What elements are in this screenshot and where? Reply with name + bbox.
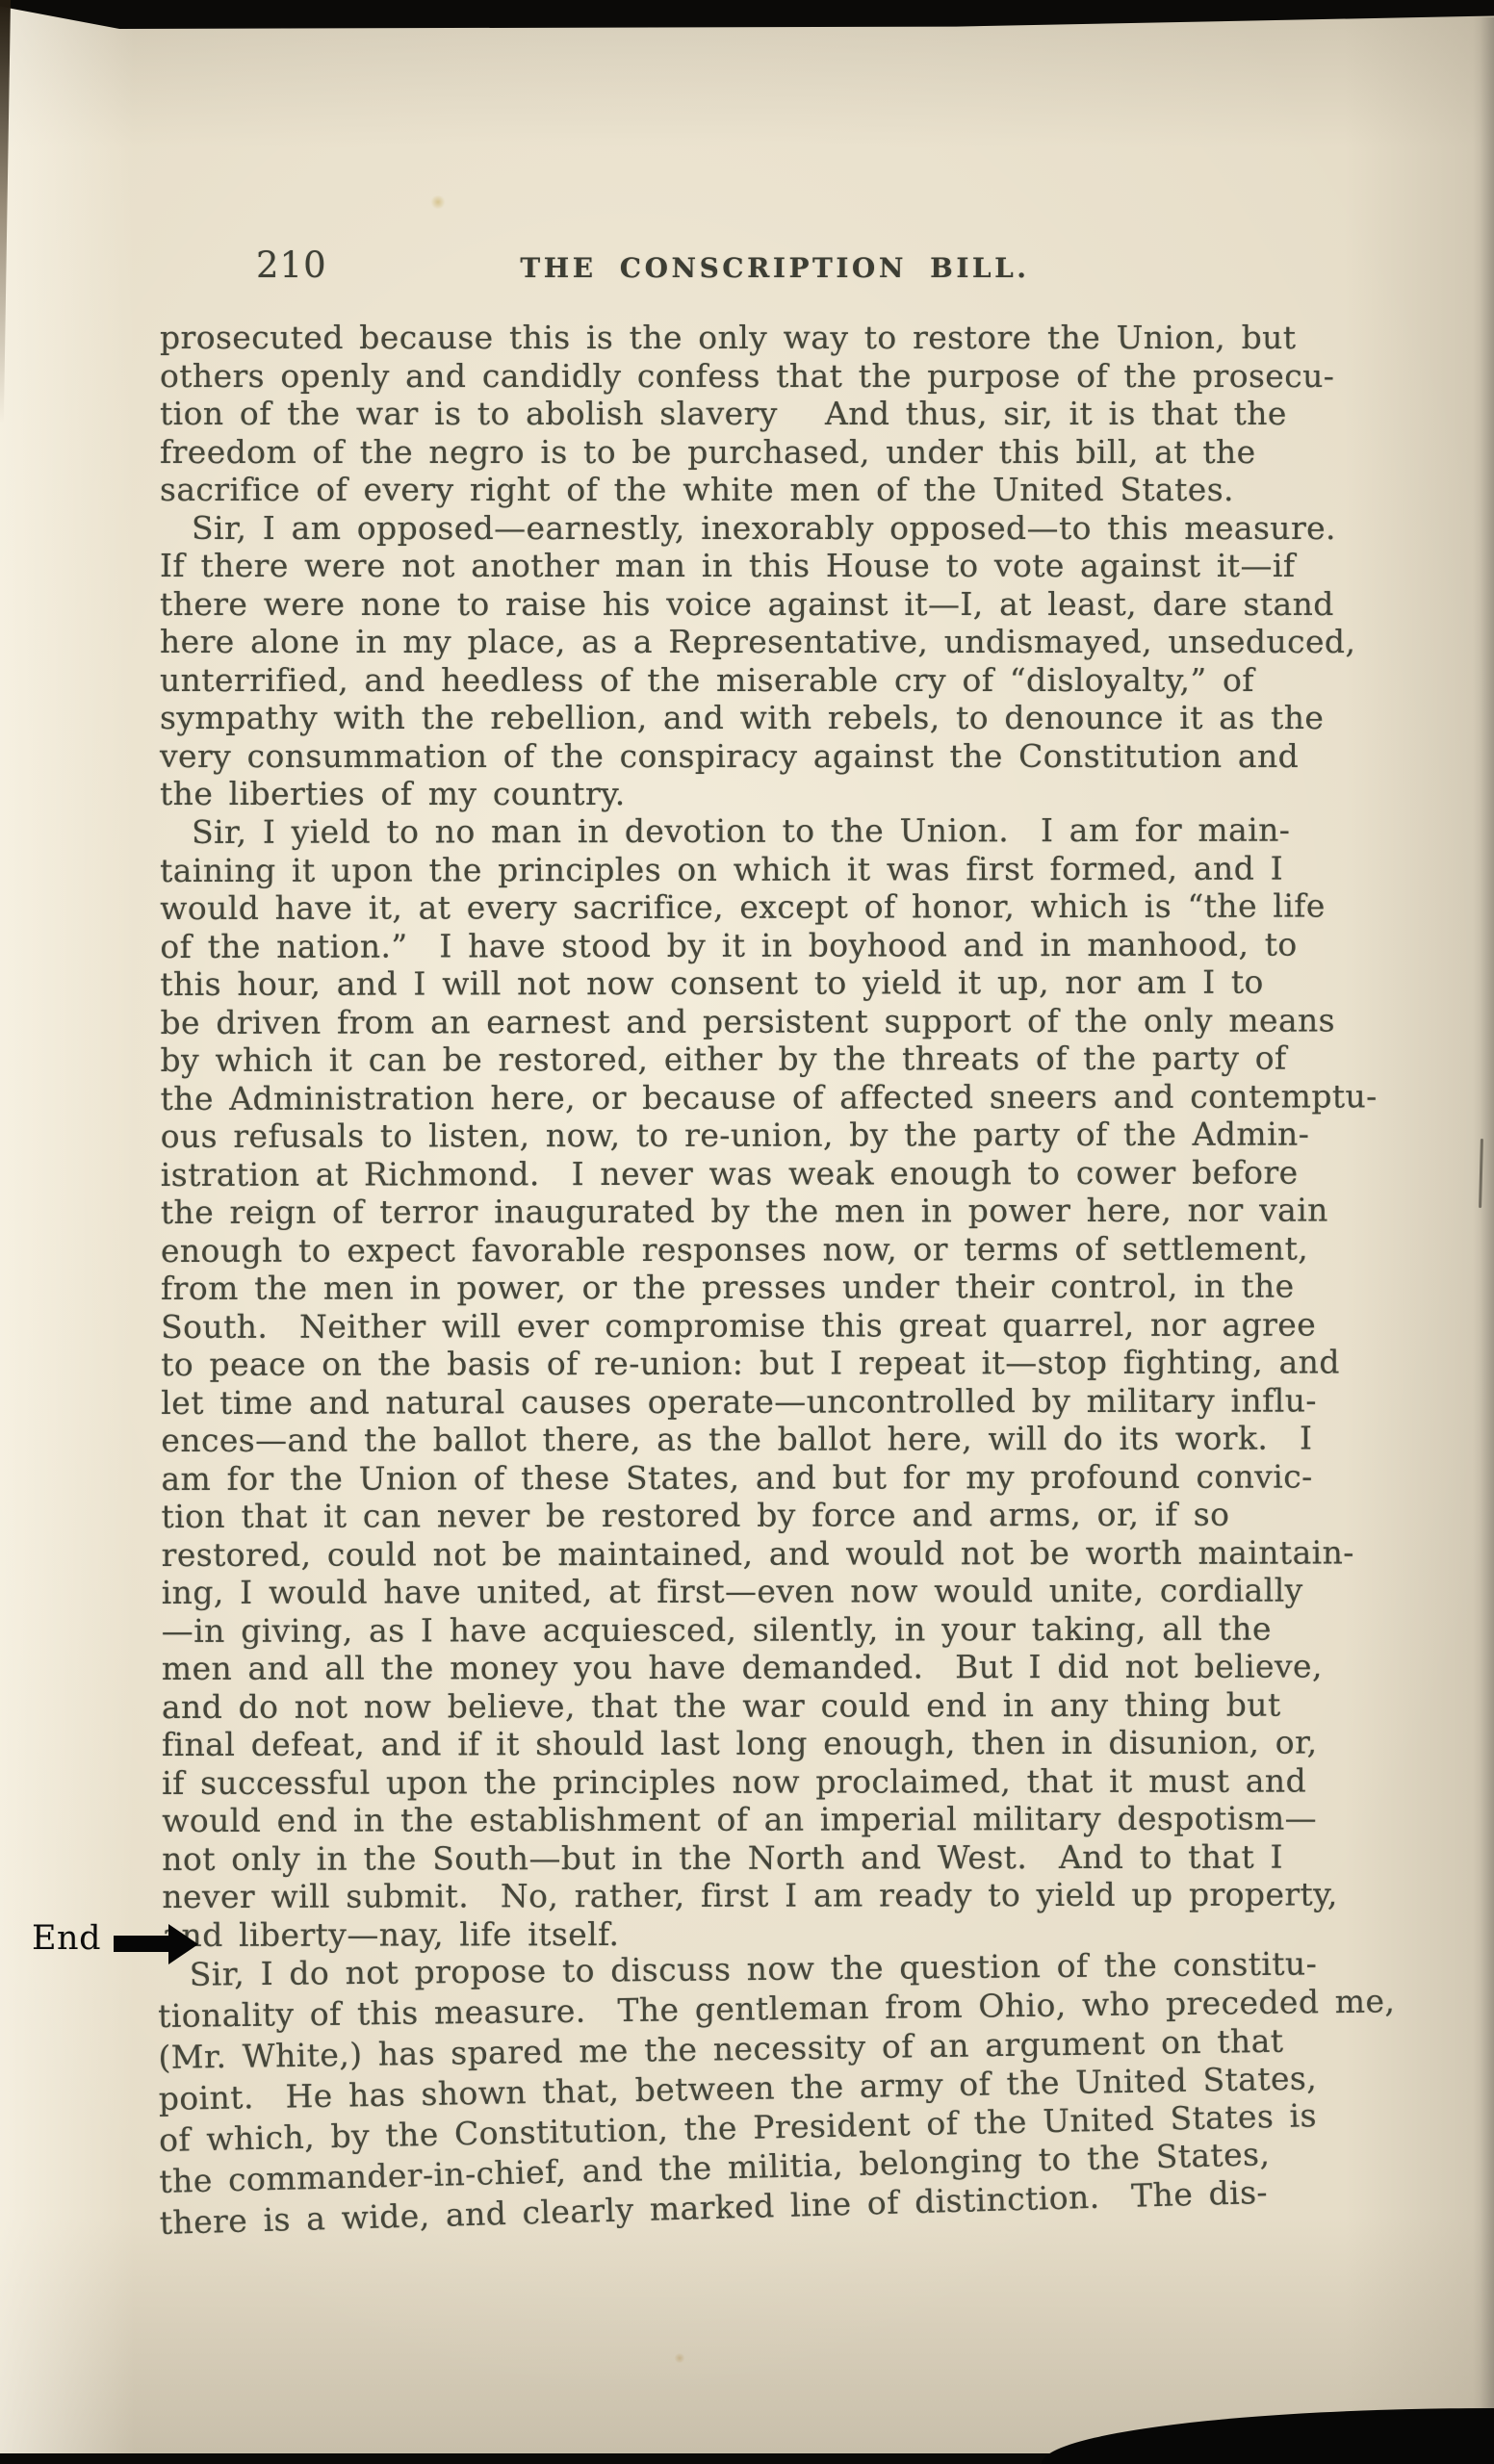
text-line: ous refusals to listen, now, to re-union… bbox=[161, 1115, 1403, 1155]
arrow-head bbox=[168, 1924, 198, 1964]
text-line: by which it can be restored, either by t… bbox=[160, 1039, 1402, 1079]
end-marker: End bbox=[0, 1915, 212, 1973]
text-line: istration at Richmond. I never was weak … bbox=[161, 1152, 1403, 1193]
text-line: of the nation.” I have stood by it in bo… bbox=[160, 924, 1402, 964]
text-line: ing, I would have united, at first—even … bbox=[162, 1571, 1404, 1611]
text-line: enough to expect favorable responses now… bbox=[161, 1228, 1403, 1269]
text-line: from the men in power, or the presses un… bbox=[161, 1267, 1403, 1307]
text-line: if successful upon the principles now pr… bbox=[162, 1760, 1404, 1801]
text-line: sympathy with the rebellion, and with re… bbox=[160, 699, 1402, 737]
text-line: restored, could not be maintained, and w… bbox=[162, 1532, 1404, 1573]
text-line: here alone in my place, as a Representat… bbox=[160, 623, 1402, 661]
paragraph-3: Sir, I yield to no man in devotion to th… bbox=[160, 810, 1404, 1954]
text-line: let time and natural causes operate—unco… bbox=[161, 1380, 1403, 1421]
text-line: ences—and the ballot there, as the ballo… bbox=[161, 1419, 1403, 1459]
text-line: would end in the establishment of an imp… bbox=[162, 1799, 1404, 1839]
text-line: there were none to raise his voice again… bbox=[160, 585, 1402, 624]
paragraph-4: Sir, I do not propose to discuss now the… bbox=[158, 1943, 1402, 2243]
paper-stain bbox=[674, 2353, 685, 2363]
running-title: THE CONSCRIPTION BILL. bbox=[164, 252, 1386, 284]
text-line: If there were not another man in this Ho… bbox=[160, 547, 1402, 585]
scan-left-edge bbox=[0, 0, 11, 423]
text-line: not only in the South—but in the North a… bbox=[162, 1836, 1404, 1877]
text-line: never will submit. No, rather, first I a… bbox=[162, 1875, 1404, 1915]
body-text: prosecuted because this is the only way … bbox=[160, 319, 1402, 2244]
text-line: Sir, I am opposed—earnestly, inexorably … bbox=[160, 509, 1402, 548]
text-line: very consummation of the conspiracy agai… bbox=[160, 737, 1402, 776]
text-line: freedom of the negro is to be purchased,… bbox=[160, 433, 1402, 472]
scanned-book-page: 210 THE CONSCRIPTION BILL. prosecuted be… bbox=[0, 0, 1494, 2464]
text-line: taining it upon the principles on which … bbox=[160, 848, 1402, 888]
scan-bottom-right-corner bbox=[1042, 2408, 1494, 2464]
page-right-shadow bbox=[1473, 17, 1494, 2410]
text-line: others openly and candidly confess that … bbox=[160, 357, 1402, 396]
text-line: tion that it can never be restored by fo… bbox=[161, 1495, 1403, 1535]
scan-top-edge bbox=[0, 0, 1494, 29]
paper-stain bbox=[430, 195, 446, 209]
text-line: Sir, I yield to no man in devotion to th… bbox=[160, 810, 1402, 851]
text-line: —in giving, as I have acquiesced, silent… bbox=[162, 1608, 1404, 1649]
text-line: final defeat, and if it should last long… bbox=[162, 1723, 1404, 1763]
text-line: unterrified, and heedless of the miserab… bbox=[160, 661, 1402, 700]
paragraph-2: Sir, I am opposed—earnestly, inexorably … bbox=[160, 509, 1402, 813]
text-line: tion of the war is to abolish slavery An… bbox=[160, 395, 1402, 433]
text-line: prosecuted because this is the only way … bbox=[160, 319, 1402, 357]
text-line: the liberties of my country. bbox=[160, 775, 1402, 813]
text-line: be driven from an earnest and persistent… bbox=[160, 1000, 1402, 1040]
text-line: the reign of terror inaugurated by the m… bbox=[161, 1191, 1403, 1231]
text-line: and do not now believe, that the war cou… bbox=[162, 1684, 1404, 1725]
paragraph-1: prosecuted because this is the only way … bbox=[160, 319, 1402, 509]
text-line: the Administration here, or because of a… bbox=[161, 1076, 1403, 1116]
text-line: men and all the money you have demanded.… bbox=[162, 1647, 1404, 1687]
end-marker-label: End bbox=[32, 1919, 101, 1958]
arrow-right-icon bbox=[114, 1924, 200, 1964]
text-line: would have it, at every sacrifice, excep… bbox=[160, 886, 1402, 927]
text-line: sacrifice of every right of the white me… bbox=[160, 471, 1402, 509]
arrow-shaft bbox=[114, 1936, 170, 1952]
text-line: am for the Union of these States, and bu… bbox=[161, 1456, 1403, 1497]
text-line: South. Neither will ever compromise this… bbox=[161, 1304, 1403, 1345]
text-line: this hour, and I will not now consent to… bbox=[160, 962, 1402, 1003]
text-line: to peace on the basis of re-union: but I… bbox=[161, 1343, 1403, 1383]
